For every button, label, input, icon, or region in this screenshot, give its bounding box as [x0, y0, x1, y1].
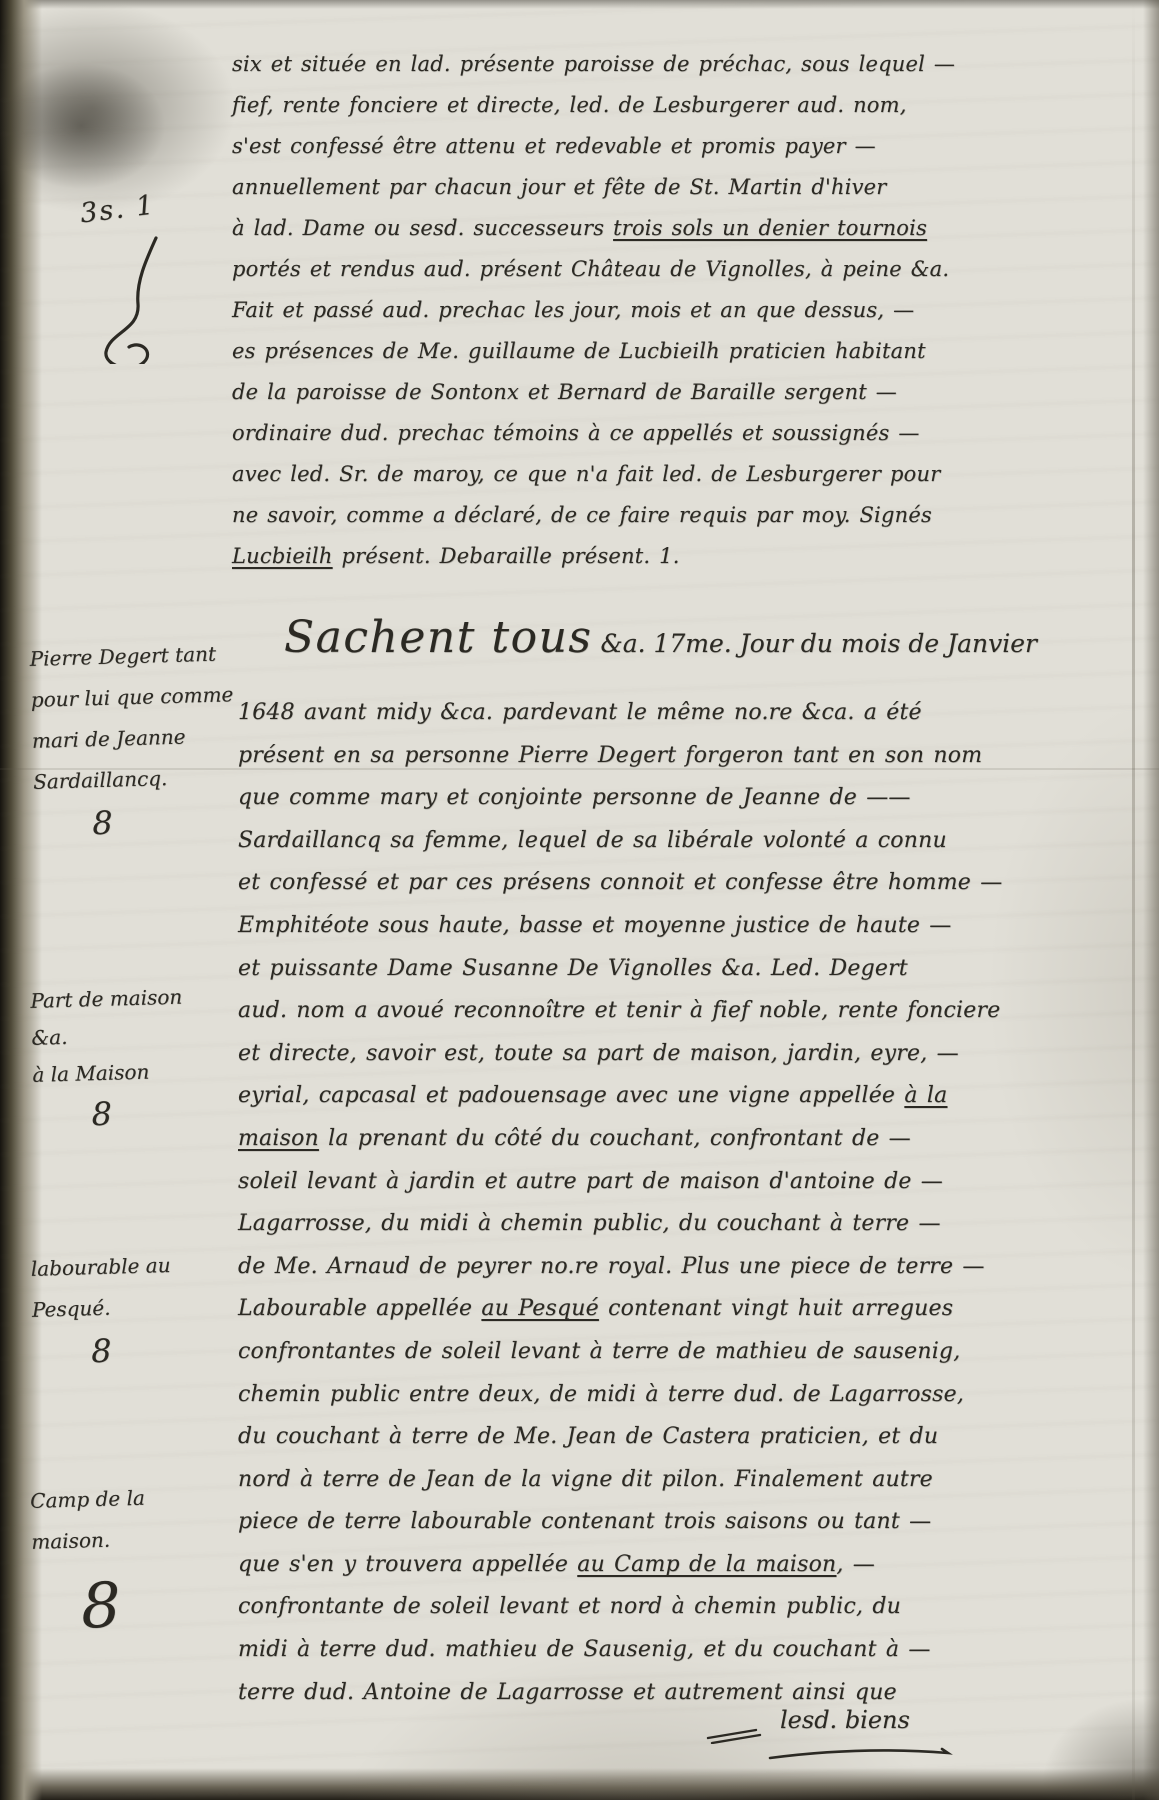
text-segment: eyrial, capcasal et padouensage avec une… [238, 1083, 904, 1108]
text-line: de Me. Arnaud de peyrer no.re royal. Plu… [238, 1246, 1028, 1289]
margin-note-camp: Camp de lamaison. 8 [30, 1475, 240, 1653]
margin-note-line: &a. [31, 1014, 237, 1057]
text-line: ne savoir, comme a déclaré, de ce faire … [232, 495, 1022, 536]
text-segment: que s'en y trouvera appellée [238, 1552, 577, 1577]
text-line: de la paroisse de Sontonx et Bernard de … [232, 372, 1022, 413]
underline-swash-icon [766, 1740, 956, 1768]
catchword: lesd. biens [770, 1706, 910, 1734]
paragraph-mark: 8 [33, 1325, 239, 1375]
margin-note-line: Camp de la [30, 1475, 236, 1522]
margin-note-line: Pesqué. [31, 1284, 237, 1331]
text-line: nord à terre de Jean de la vigne dit pil… [238, 1459, 1028, 1502]
catchword-text: lesd. biens [770, 1706, 910, 1734]
text-line: midi à terre dud. mathieu de Sausenig, e… [238, 1629, 1028, 1672]
paragraph-mark: 8 [33, 1088, 239, 1138]
act1-text-block: six et située en lad. présente paroisse … [232, 44, 1022, 577]
brace-flourish-icon [94, 234, 174, 368]
double-dash-flourish-icon [704, 1722, 764, 1750]
underlined-phrase: à la [904, 1083, 947, 1108]
margin-note-line: Part de maison [30, 977, 236, 1020]
text-line: du couchant à terre de Me. Jean de Caste… [238, 1416, 1028, 1459]
opening-words: Sachent tous [284, 612, 593, 663]
margin-note-line: Pierre Degert tant [29, 633, 235, 680]
text-line: 1648 avant midy &ca. pardevant le même n… [238, 692, 1028, 735]
underlined-phrase: Lucbieilh [232, 544, 333, 568]
text-line: Lucbieilh présent. Debaraille présent. 1… [232, 536, 1022, 577]
text-segment: à lad. Dame ou sesd. successeurs [232, 216, 613, 240]
margin-note-line: pour lui que comme [30, 674, 236, 721]
underlined-phrase: trois sols un denier tournois [613, 216, 927, 240]
text-segment: présent. Debaraille présent. 1. [333, 544, 680, 568]
text-line: ordinaire dud. prechac témoins à ce appe… [232, 413, 1022, 454]
text-line: Emphitéote sous haute, basse et moyenne … [238, 905, 1028, 948]
text-line: Sardaillancq sa femme, lequel de sa libé… [238, 820, 1028, 863]
text-line: fief, rente fonciere et directe, led. de… [232, 85, 1022, 126]
text-line: portés et rendus aud. présent Château de… [232, 249, 1022, 290]
text-line: et puissante Dame Susanne De Vignolles &… [238, 948, 1028, 991]
act2-opening-line: Sachent tous &a. 17me. Jour du mois de J… [284, 612, 1037, 663]
margin-note-line: à la Maison [32, 1051, 238, 1094]
text-line: confrontante de soleil levant et nord à … [238, 1586, 1028, 1629]
text-line: Labourable appellée au Pesqué contenant … [238, 1288, 1028, 1331]
manuscript-page: 3s. 1 six et située en lad. présente par… [0, 0, 1159, 1800]
text-line: annuellement par chacun jour et fête de … [232, 167, 1022, 208]
text-line: à lad. Dame ou sesd. successeurs trois s… [232, 208, 1022, 249]
text-line: eyrial, capcasal et padouensage avec une… [238, 1075, 1028, 1118]
text-line: confrontantes de soleil levant à terre d… [238, 1331, 1028, 1374]
margin-note-line: Sardaillancq. [33, 756, 239, 803]
text-line: soleil levant à jardin et autre part de … [238, 1161, 1028, 1204]
text-line: que s'en y trouvera appellée au Camp de … [238, 1544, 1028, 1587]
page-crease-vertical [1132, 0, 1135, 1800]
text-line: et directe, savoir est, toute sa part de… [238, 1033, 1028, 1076]
underlined-phrase: maison [238, 1126, 319, 1151]
opening-rest: &a. 17me. Jour du mois de Janvier [593, 629, 1038, 658]
text-line: piece de terre labourable contenant troi… [238, 1501, 1028, 1544]
margin-note-parties: Pierre Degert tantpour lui que commemari… [29, 633, 240, 847]
margin-fee-note: 3s. 1 [78, 190, 157, 230]
paragraph-mark: 8 [34, 797, 240, 847]
text-segment: , — [836, 1552, 875, 1577]
text-line: es présences de Me. guillaume de Lucbiei… [232, 331, 1022, 372]
act2-text-block: 1648 avant midy &ca. pardevant le même n… [238, 692, 1028, 1714]
text-line: Lagarrosse, du midi à chemin public, du … [238, 1203, 1028, 1246]
text-line: aud. nom a avoué reconnoître et tenir à … [238, 990, 1028, 1033]
text-line: et confessé et par ces présens connoit e… [238, 862, 1028, 905]
paragraph-mark: 8 [32, 1557, 239, 1653]
text-line: chemin public entre deux, de midi à terr… [238, 1374, 1028, 1417]
text-line: s'est confessé être attenu et redevable … [232, 126, 1022, 167]
margin-note-line: labourable au [30, 1243, 236, 1290]
margin-note-pesque: labourable auPesqué. 8 [30, 1243, 238, 1375]
margin-note-house: Part de maison&a.à la Maison 8 [30, 977, 239, 1138]
text-segment: contenant vingt huit arregues [599, 1296, 953, 1321]
margin-note-line: mari de Jeanne [31, 715, 237, 762]
underlined-phrase: au Pesqué [481, 1296, 598, 1321]
underlined-phrase: au Camp de la maison [577, 1552, 836, 1577]
text-line: six et située en lad. présente paroisse … [232, 44, 1022, 85]
text-line: avec led. Sr. de maroy, ce que n'a fait … [232, 454, 1022, 495]
text-line: présent en sa personne Pierre Degert for… [238, 735, 1028, 778]
text-segment: la prenant du côté du couchant, confront… [319, 1126, 911, 1151]
margin-note-line: maison. [31, 1516, 237, 1563]
text-line: Fait et passé aud. prechac les jour, moi… [232, 290, 1022, 331]
text-line: que comme mary et conjointe personne de … [238, 777, 1028, 820]
text-segment: Labourable appellée [238, 1296, 481, 1321]
text-line: maison la prenant du côté du couchant, c… [238, 1118, 1028, 1161]
